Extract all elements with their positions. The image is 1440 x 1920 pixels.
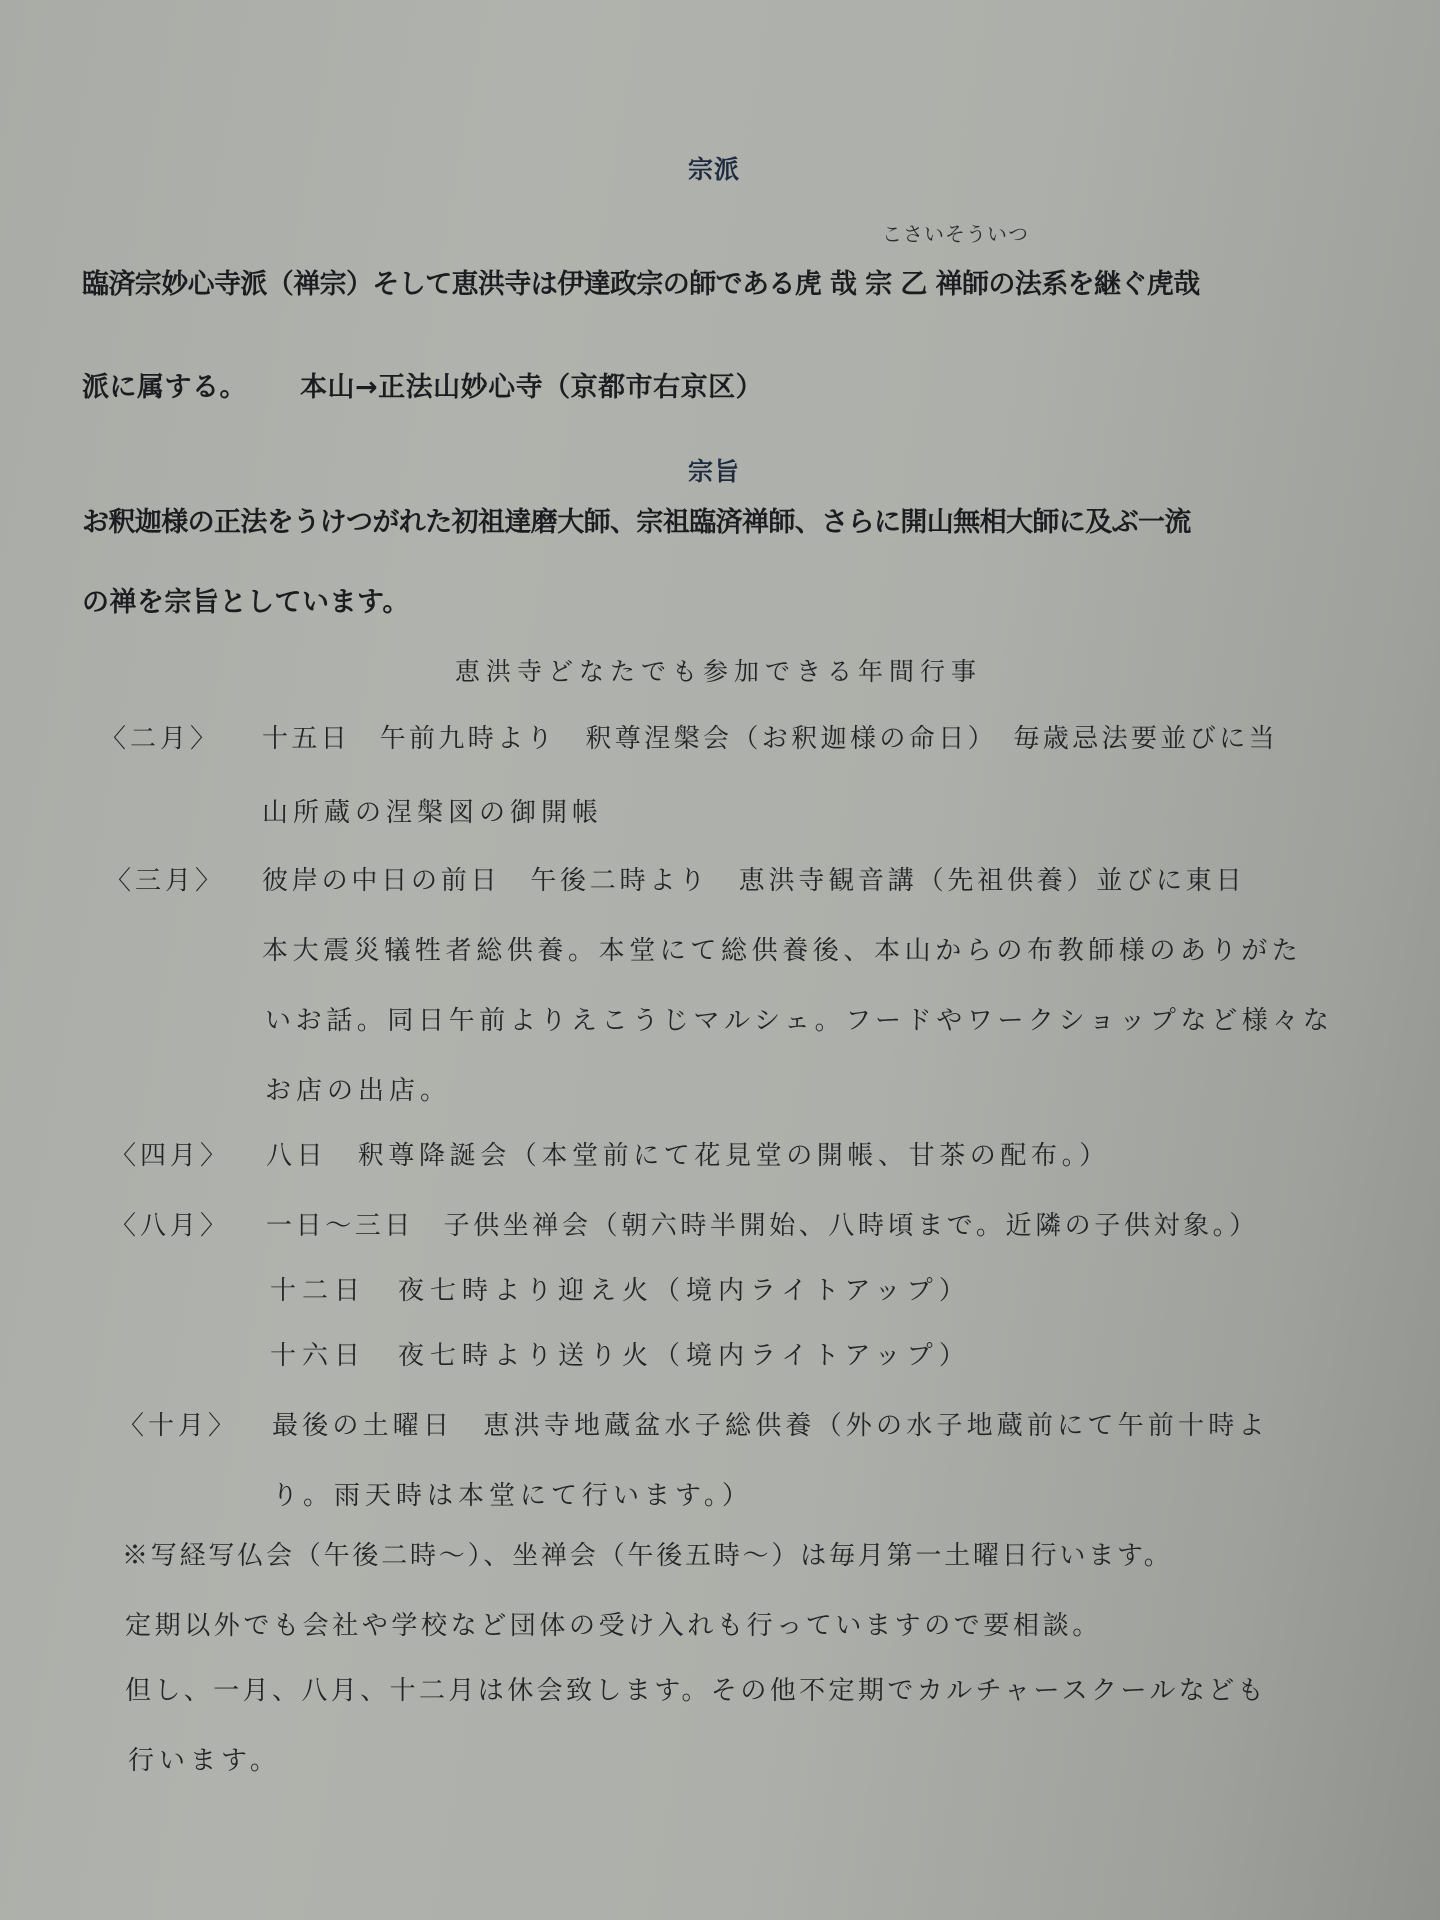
tenet-heading: 宗旨 <box>688 452 740 488</box>
note-group-acceptance: 定期以外でも会社や学校など団体の受け入れも行っていますので要相談。 <box>125 1605 1102 1642</box>
sect-text-line-2a: 派に属する。 <box>82 365 247 404</box>
tenet-text-line-2: の禅を宗旨としています。 <box>82 580 410 619</box>
month-label-august: 〈八月〉 <box>110 1205 230 1242</box>
temple-document-page: 宗派 こさいそういつ 臨済宗妙心寺派（禅宗）そして恵洪寺は伊達政宗の師である虎 … <box>0 0 1440 1920</box>
month-label-march: 〈三月〉 <box>105 860 225 897</box>
event-february-line-1: 十五日 午前九時より 釈尊涅槃会（お釈迦様の命日） 毎歳忌法要並びに当 <box>262 718 1278 755</box>
event-august-line-2: 十二日 夜七時より迎え火（境内ライトアップ） <box>270 1270 971 1307</box>
tenet-text-line-1: お釈迦様の正法をうけつがれた初祖達磨大師、宗祖臨済禅師、さらに開山無相大師に及ぶ… <box>82 500 1191 539</box>
month-label-april: 〈四月〉 <box>110 1135 230 1172</box>
event-october-line-2: り。雨天時は本堂にて行います。） <box>272 1475 753 1512</box>
event-march-line-3: いお話。同日午前よりえこうじマルシェ。フードやワークショップなど様々な <box>265 1000 1334 1037</box>
head-temple-text: 本山→正法山妙心寺（京都市右京区） <box>300 365 763 404</box>
note-closed-months: 但し、一月、八月、十二月は休会致します。その他不定期でカルチャースクールなども <box>125 1670 1267 1707</box>
event-august-line-1: 一日～三日 子供坐禅会（朝六時半開始、八時頃まで。近隣の子供対象。） <box>266 1205 1259 1242</box>
furigana-kosai-soitsu: こさいそういつ <box>882 218 1029 247</box>
sect-text-line-1: 臨済宗妙心寺派（禅宗）そして恵洪寺は伊達政宗の師である虎 哉 宗 乙 禅師の法系… <box>82 262 1200 301</box>
annual-events-title: 恵洪寺どなたでも参加できる年間行事 <box>455 652 982 688</box>
event-august-line-3: 十六日 夜七時より送り火（境内ライトアップ） <box>270 1335 971 1372</box>
event-march-line-4: お店の出店。 <box>265 1070 451 1107</box>
note-culture-school: 行います。 <box>128 1740 281 1777</box>
event-march-line-2: 本大震災犠牲者総供養。本堂にて総供養後、本山からの布教師様のありがた <box>262 930 1302 967</box>
event-march-line-1: 彼岸の中日の前日 午後二時より 恵洪寺観音講（先祖供養）並びに東日 <box>262 860 1245 897</box>
event-october-line-1: 最後の土曜日 恵洪寺地蔵盆水子総供養（外の水子地蔵前にて午前十時よ <box>272 1405 1269 1442</box>
month-label-october: 〈十月〉 <box>118 1405 238 1442</box>
note-sutra-copying: ※写経写仏会（午後二時～）、坐禅会（午後五時～）は毎月第一土曜日行います。 <box>122 1535 1173 1572</box>
month-label-february: 〈二月〉 <box>100 718 220 755</box>
event-february-line-2: 山所蔵の涅槃図の御開帳 <box>262 792 603 829</box>
event-april-line-1: 八日 釈尊降誕会（本堂前にて花見堂の開帳、甘茶の配布。） <box>266 1135 1110 1172</box>
sect-heading: 宗派 <box>688 150 740 186</box>
